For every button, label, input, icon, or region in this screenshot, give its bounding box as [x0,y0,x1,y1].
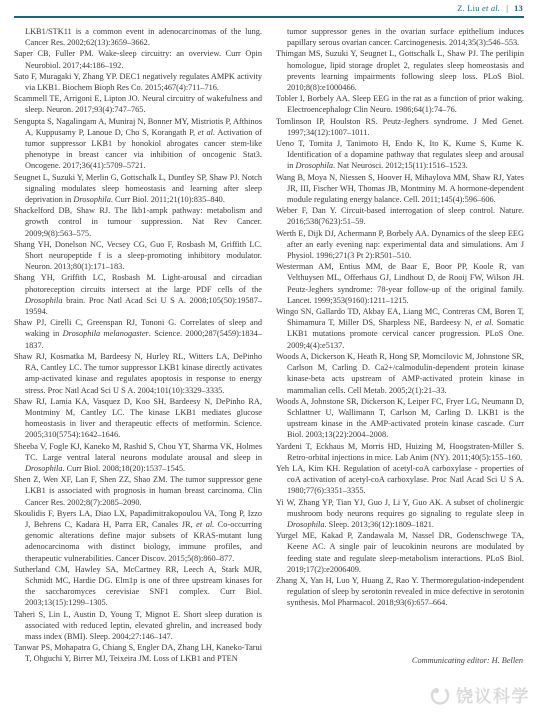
page-number: 13 [514,3,523,13]
header-separator: | [506,3,508,13]
reference-item: Shang YH, Griffith LC, Rosbash M. Light-… [14,272,262,317]
reference-item: Taheri S, Lin L, Austin D, Young T, Mign… [14,609,262,643]
reference-item: Sato F, Muragaki Y, Zhang YP. DEC1 negat… [14,71,262,93]
reference-item: Woods A, Dickerson K, Heath R, Hong SP, … [276,351,524,396]
reference-item: Thimgan MS, Suzuki Y, Seugnet L, Gottsch… [276,48,524,93]
reference-item: Tanwar PS, Mohapatra G, Chiang S, Engler… [14,642,262,664]
reference-item: Sengupta S, Nagalingam A, Muniraj N, Bon… [14,116,262,172]
reference-item: Shaw PJ, Cirelli C, Greenspan RJ, Tononi… [14,317,262,351]
reference-item: Scammell TE, Arrigoni E, Lipton JO. Neur… [14,93,262,115]
running-head-authors: Z. Liu et al. [457,3,500,13]
watermark-text: 饶议科学 [456,682,530,707]
header-rule [14,16,524,18]
reference-item: Weber F, Dan Y. Circuit-based interrogat… [276,205,524,227]
reference-item: Tobler I, Borbely AA. Sleep EEG in the r… [276,93,524,115]
reference-item: Sheeba V, Fogle KJ, Kaneko M, Rashid S, … [14,441,262,475]
reference-item: Saper CB, Fuller PM. Wake-sleep circuitr… [14,48,262,70]
reference-item: Yi W, Zhang YP, Tian YJ, Guo J, Li Y, Gu… [276,497,524,531]
reference-item: Shang YH, Donelson NC, Vecsey CG, Guo F,… [14,239,262,273]
reference-item: Yardeni T, Eckhaus M, Morris HD, Huizing… [276,441,524,463]
reference-item: Ueno T, Tomita J, Tanimoto H, Endo K, It… [276,138,524,172]
reference-item: Sutherland CM, Hawley SA, McCartney RR, … [14,564,262,609]
reference-item: Tomlinson IP, Houlston RS. Peutz-Jeghers… [276,116,524,138]
reference-item: Woods A, Johnstone SR, Dickerson K, Leip… [276,396,524,441]
et-al-text: et al. [482,3,500,13]
paper-page: Z. Liu et al.|13 LKB1/STK11 is a common … [0,0,538,718]
reference-item: Shen Z, Wen XF, Lan F, Shen ZZ, Shao ZM.… [14,474,262,508]
reference-item: Werth E, Dijk DJ, Achermann P, Borbely A… [276,228,524,262]
reference-item: tumor suppressor genes in the ovarian su… [276,26,524,48]
references-section: LKB1/STK11 is a common event in adenocar… [14,26,524,665]
reference-item: LKB1/STK11 is a common event in adenocar… [14,26,262,48]
references-column-right: tumor suppressor genes in the ovarian su… [276,26,524,665]
communicating-editor: Communicating editor: H. Bellen [412,656,523,665]
reference-item: Zhang X, Yan H, Luo Y, Huang Z, Rao Y. T… [276,575,524,609]
authors-text: Z. Liu [457,3,479,13]
watermark: 饶议科学 [429,682,530,707]
reference-item: Westerman AM, Entius MM, de Baar E, Boor… [276,261,524,306]
reference-item: Shaw RJ, Kosmatka M, Bardeesy N, Hurley … [14,351,262,396]
reference-item: Yurgel ME, Kakad P, Zandawala M, Nassel … [276,530,524,575]
reference-item: Shaw RJ, Lamia KA, Vasquez D, Koo SH, Ba… [14,396,262,441]
reference-item: Wang B, Moya N, Niessen S, Hoover H, Mih… [276,172,524,206]
running-head: Z. Liu et al.|13 [457,3,523,13]
reference-item: Seugnet L, Suzuki Y, Merlin G, Gottschal… [14,172,262,206]
reference-item: Wingo SN, Gallardo TD, Akbay EA, Liang M… [276,306,524,351]
watermark-logo-icon [429,684,451,706]
reference-item: Yeh LA, Kim KH. Regulation of acetyl-coA… [276,463,524,497]
references-column-left: LKB1/STK11 is a common event in adenocar… [14,26,262,665]
reference-item: Skoulidis F, Byers LA, Diao LX, Papadimi… [14,508,262,564]
reference-item: Shackelford DB, Shaw RJ. The lkb1-ampk p… [14,205,262,239]
